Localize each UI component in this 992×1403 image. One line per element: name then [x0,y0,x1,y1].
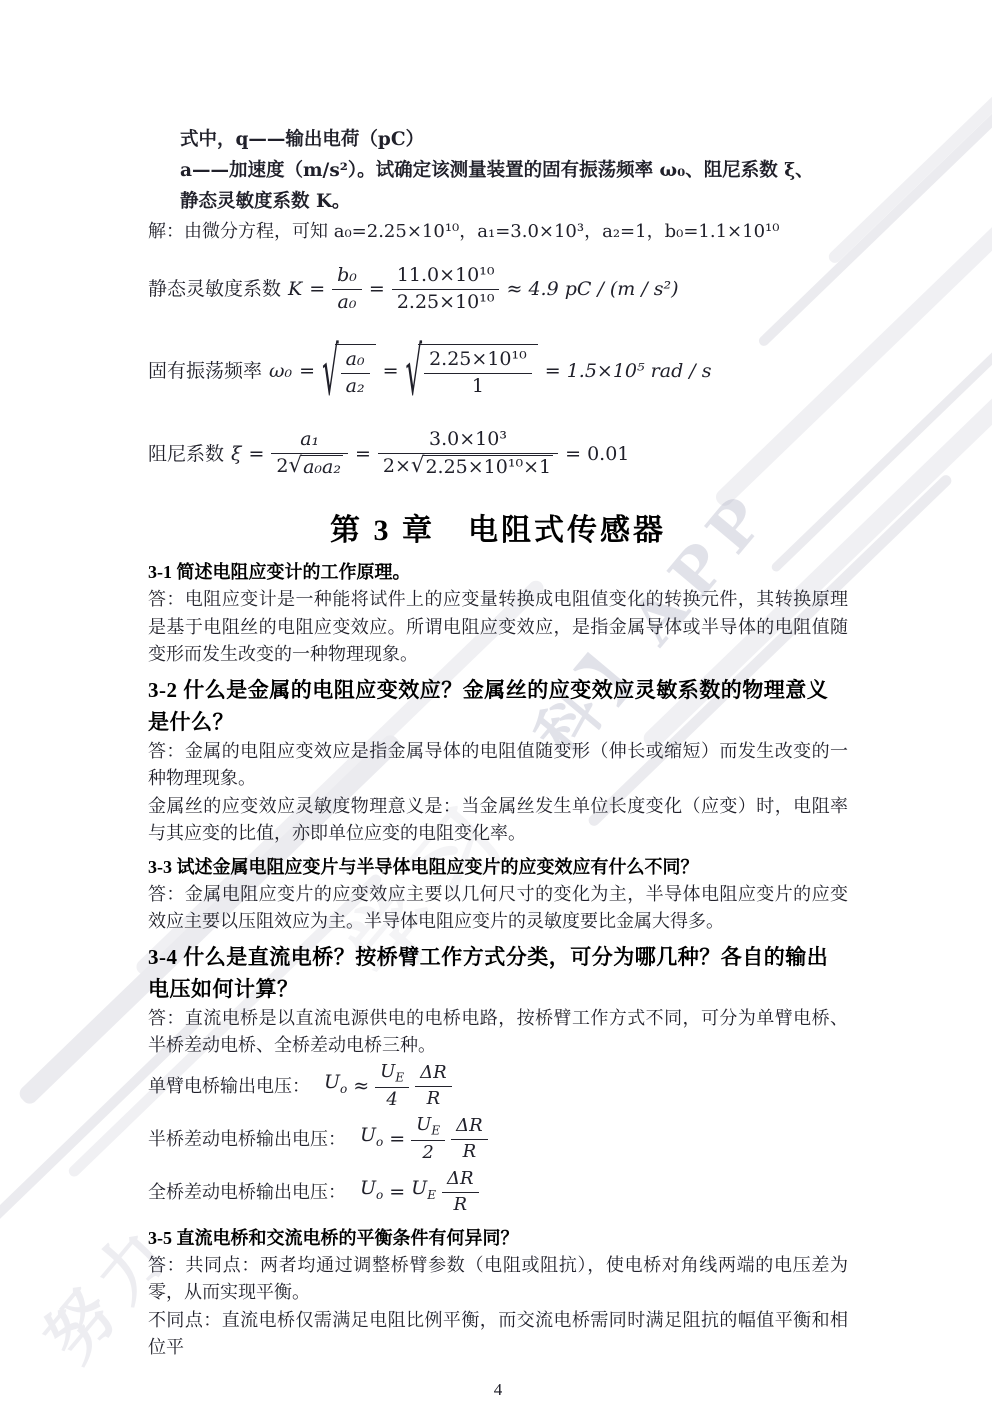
equals-sign: = [309,276,325,303]
square-root: √2.25×10¹⁰×1 [411,455,553,480]
fraction: a₁ 2√a₀a₂ [271,428,348,480]
answer-3-1: 答：电阻应变计是一种能将试件上的应变量转换成电阻值变化的转换元件，其转换原理是基… [148,586,848,669]
bridge-formula-full-bridge: 全桥差动电桥输出电压： Uo = UE ΔR R [148,1166,848,1219]
formula-static-sensitivity: 静态灵敏度系数 K = b₀ a₀ = 11.0×10¹⁰ 2.25×10¹⁰ … [148,259,848,319]
question-3-2: 3-2 什么是金属的电阻应变效应？金属丝的应变效应灵敏系数的物理意义是什么？ [148,674,848,738]
question-3-5: 3-5 直流电桥和交流电桥的平衡条件有何异同？ [148,1224,848,1252]
answer-3-2-part2: 金属丝的应变效应灵敏度物理意义是：当金属丝发生单位长度变化（应变）时，电阻率与其… [148,793,848,848]
radical-sign: √ [406,340,423,409]
formula-result: = 1.5×10⁵ rad / s [545,358,712,385]
answer-3-3: 答：金属电阻应变片的应变效应主要以几何尺寸的变化为主，半导体电阻应变片的应变效应… [148,881,848,936]
problem-statement-line-3: 静态灵敏度系数 K。 [180,186,848,217]
equals-sign: = [355,441,371,468]
square-root: √ a₀ a₂ [322,344,376,399]
answer-3-5-part2: 不同点：直流电桥仅需满足电阻比例平衡，而交流电桥需同时满足阻抗的幅值平衡和相位平 [148,1307,848,1362]
answer-3-4: 答：直流电桥是以直流电源供电的电桥电路，按桥臂工作方式不同，可分为单臂电桥、半桥… [148,1005,848,1060]
fraction: b₀ a₀ [332,264,362,315]
fraction: 11.0×10¹⁰ 2.25×10¹⁰ [392,264,500,315]
bridge-label: 单臂电桥输出电压： [148,1073,310,1100]
square-root: √ 2.25×10¹⁰ 1 [406,344,538,399]
equals-sign: = [248,441,264,468]
fraction: ΔR R [415,1062,452,1110]
solution-coefficients-line: 解：由微分方程，可知 a₀=2.25×10¹⁰，a₁=3.0×10³，a₂=1，… [148,217,848,247]
relation-sign: ≈ [353,1073,369,1100]
math-symbol: K [288,276,302,303]
problem-statement-line-2: a——加速度（m/s²）。试确定该测量装置的固有振荡频率 ω₀、阻尼系数 ξ、 [180,155,848,186]
answer-3-2-part1: 答：金属的电阻应变效应是指金属导体的电阻值随变形（伸长或缩短）而发生改变的一种物… [148,738,848,793]
formula-natural-frequency: 固有振荡频率 ω₀ = √ a₀ a₂ = √ 2.25×10¹⁰ 1 [148,333,848,409]
question-3-1: 3-1 简述电阻应变计的工作原理。 [148,558,848,586]
answer-3-5-part1: 答：共同点：两者均通过调整桥臂参数（电阻或阻抗），使电桥对角线两端的电压差为零，… [148,1252,848,1307]
radical-sign: √ [411,455,425,477]
fraction: UE 2 [411,1114,445,1164]
radical-sign: √ [289,455,303,477]
fraction: ΔR R [451,1115,488,1163]
math-symbol: ξ [231,441,241,468]
bridge-formula-single-arm: 单臂电桥输出电压： Uo ≈ UE 4 ΔR R [148,1060,848,1113]
problem-statement-line-1: 式中，q——输出电荷（pC） [180,124,848,155]
formula-label: 阻尼系数 [148,441,224,468]
page-content: 式中，q——输出电荷（pC） a——加速度（m/s²）。试确定该测量装置的固有振… [148,124,848,1403]
fraction: UE 4 [375,1061,409,1111]
formula-label: 静态灵敏度系数 [148,276,281,303]
fraction: a₀ a₂ [341,348,370,399]
bridge-label: 全桥差动电桥输出电压： [148,1179,346,1206]
document-page: 科】APP 努力 学习 式中，q——输出电荷（pC） a——加速度（m/s²）。… [0,0,992,1403]
fraction: ΔR R [442,1168,479,1216]
square-root: √a₀a₂ [289,455,343,480]
watermark-streak [826,7,992,266]
bridge-label: 半桥差动电桥输出电压： [148,1126,346,1153]
relation-sign: = [389,1179,405,1206]
question-3-4: 3-4 什么是直流电桥？按桥臂工作方式分类，可分为哪几种？各自的输出电压如何计算… [148,941,848,1005]
fraction: 3.0×10³ 2×√2.25×10¹⁰×1 [378,428,558,480]
formula-result: ≈ 4.9 pC / (m / s²) [506,276,678,303]
fraction: 2.25×10¹⁰ 1 [424,348,532,399]
equals-sign: = [383,358,399,385]
chapter-title: 第 3 章 电阻式传感器 [148,509,848,553]
formula-result: = 0.01 [565,441,629,468]
formula-label: 固有振荡频率 [148,358,262,385]
page-number: 4 [148,1376,848,1403]
formula-damping-ratio: 阻尼系数 ξ = a₁ 2√a₀a₂ = 3.0×10³ 2×√2.25×10¹… [148,421,848,487]
math-symbol: ω₀ [269,358,292,385]
bridge-formula-half-bridge: 半桥差动电桥输出电压： Uo = UE 2 ΔR R [148,1113,848,1166]
equals-sign: = [299,358,315,385]
relation-sign: = [389,1126,405,1153]
radical-sign: √ [322,340,339,409]
equals-sign: = [369,276,385,303]
question-3-3: 3-3 试述金属电阻应变片与半导体电阻应变片的应变效应有什么不同？ [148,853,848,881]
